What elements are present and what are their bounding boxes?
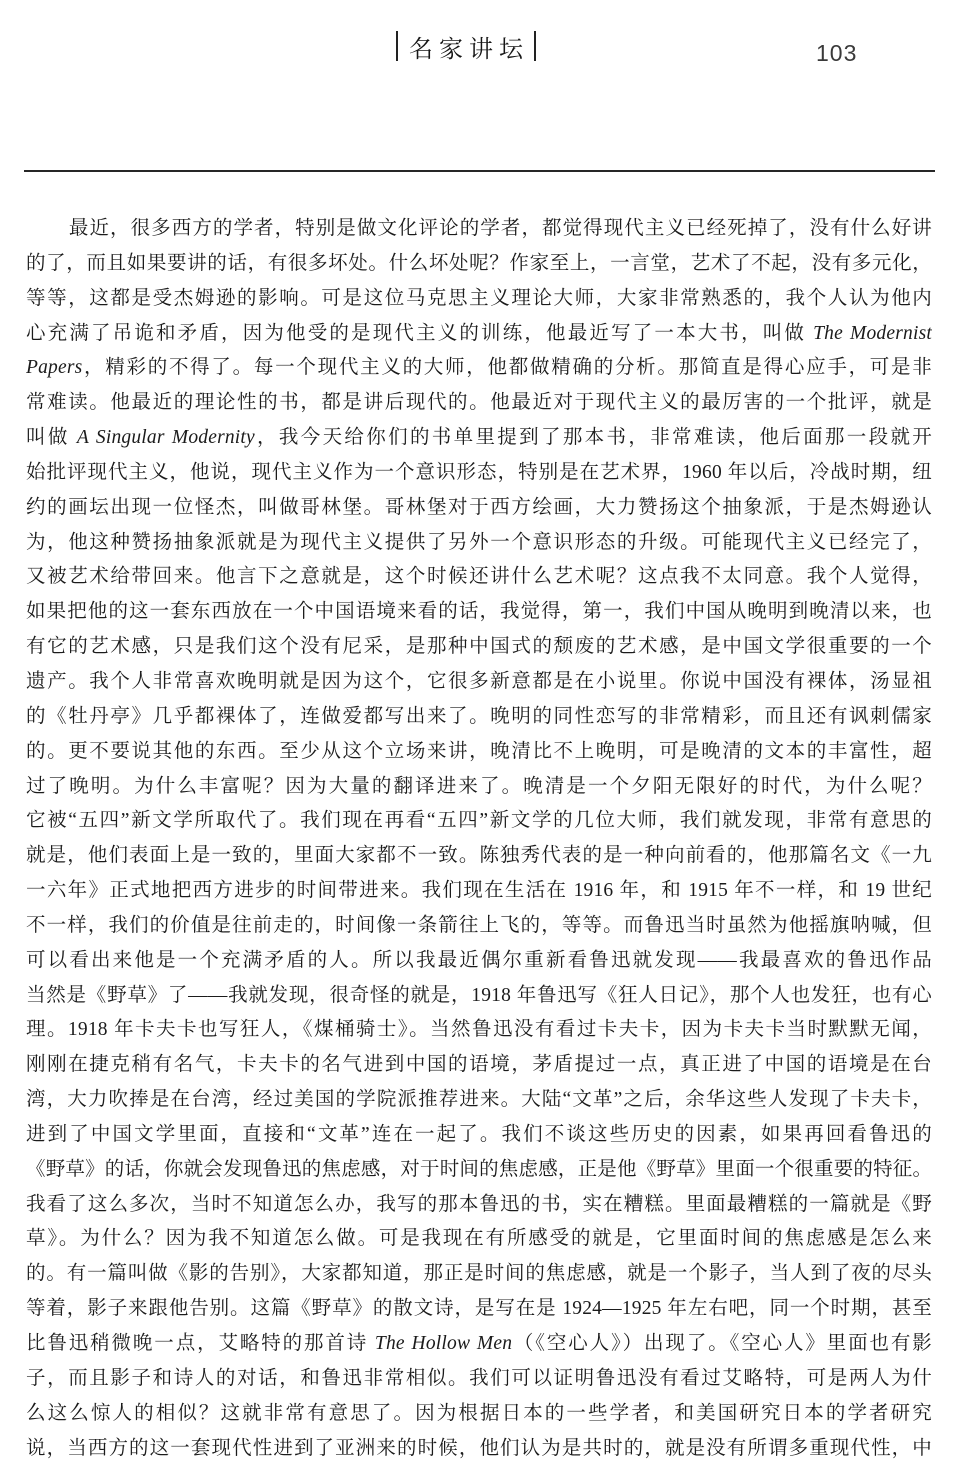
- text-line: 草》。为什么？因为我不知道怎么做。可是我现在有所感受的就是，它里面时间的焦虑感是…: [26, 1222, 932, 1257]
- text-line: 当然是《野草》了——我就发现，很奇怪的就是，1918 年鲁迅写《狂人日记》，那个…: [26, 979, 932, 1014]
- text-line: 一六年》正式地把西方进步的时间带进来。我们现在生活在 1916 年，和 1915…: [26, 874, 932, 909]
- text-line: 刚刚在捷克稍有名气，卡夫卡的名气进到中国的语境，茅盾提过一点，真正进了中国的语境…: [26, 1048, 932, 1083]
- text-line: 遗产。我个人非常喜欢晚明就是因为这个，它很多新意都是在小说里。你说中国没有裸体，…: [26, 665, 932, 700]
- text-line: 么这么惊人的相似？这就非常有意思了。因为根据日本的一些学者，和美国研究日本的学者…: [26, 1397, 932, 1432]
- latin-text: The Hollow Men: [375, 1333, 512, 1354]
- text-line: 就是，他们表面上是一致的，里面大家都不一致。陈独秀代表的是一种向前看的，他那篇名…: [26, 839, 932, 874]
- text-line: 进到了中国文学里面，直接和“文革”连在一起了。我们不谈这些历史的因素，如果再回看…: [26, 1118, 932, 1153]
- text-line: 子，而且影子和诗人的对话，和鲁迅非常相似。我们可以证明鲁迅没有看过艾略特，可是两…: [26, 1362, 932, 1397]
- text-line: 的。更不要说其他的东西。至少从这个立场来讲，晚清比不上晚明，可是晚清的文本的丰富…: [26, 735, 932, 770]
- article-body: 最近，很多西方的学者，特别是做文化评论的学者，都觉得现代主义已经死掉了，没有什么…: [26, 212, 932, 1466]
- latin-text: Papers: [26, 357, 82, 378]
- text-line: 说，当西方的这一套现代性进到了亚洲来的时候，他们认为是共时的，就是没有所谓多重现…: [26, 1432, 932, 1467]
- scanned-page: 名家讲坛 103 最近，很多西方的学者，特别是做文化评论的学者，都觉得现代主义已…: [0, 0, 958, 1476]
- text-line: 我看了这么多次，当时不知道怎么办，我写的那本鲁迅的书，实在糟糕。里面最糟糕的一篇…: [26, 1188, 932, 1223]
- text-line: 《野草》的话，你就会发现鲁迅的焦虑感，对于时间的焦虑感，正是他《野草》里面一个很…: [26, 1153, 932, 1188]
- header-divider: [24, 170, 935, 172]
- section-title-group: 名家讲坛: [396, 30, 536, 62]
- text-line: 的了，而且如果要讲的话，有很多坏处。什么坏处呢？作家至上，一言堂，艺术了不起，没…: [26, 247, 932, 282]
- text-line: 不一样，我们的价值是往前走的，时间像一条箭往上飞的，等等。而鲁迅当时虽然为他摇旗…: [26, 909, 932, 944]
- text-line: 叫做 A Singular Modernity，我今天给你们的书单里提到了那本书…: [26, 421, 932, 456]
- text-line: 等着，影子来跟他告别。这篇《野草》的散文诗，是写在是 1924—1925 年左右…: [26, 1292, 932, 1327]
- text-line: 湾，大力吹捧是在台湾，经过美国的学院派推荐进来。大陆“文革”之后，余华这些人发现…: [26, 1083, 932, 1118]
- latin-text: A Singular Modernity: [77, 427, 255, 448]
- text-line: 的。有一篇叫做《影的告别》，大家都知道，那正是时间的焦虑感，就是一个影子，当人到…: [26, 1257, 932, 1292]
- title-bar-right: [534, 31, 536, 61]
- text-line: 过了晚明。为什么丰富呢？因为大量的翻译进来了。晚清是一个夕阳无限好的时代，为什么…: [26, 770, 932, 805]
- text-line: 它被“五四”新文学所取代了。我们现在再看“五四”新文学的几位大师，我们就发现，非…: [26, 804, 932, 839]
- text-line: 如果把他的这一套东西放在一个中国语境来看的话，我觉得，第一，我们中国从晚明到晚清…: [26, 595, 932, 630]
- latin-text: The Modernist: [813, 323, 932, 344]
- text-line: 约的画坛出现一位怪杰，叫做哥林堡。哥林堡对于西方绘画，大力赞扬这个抽象派，于是杰…: [26, 491, 932, 526]
- text-line: Papers，精彩的不得了。每一个现代主义的大师，他都做精确的分析。那简直是得心…: [26, 351, 932, 386]
- text-line: 有它的艺术感，只是我们这个没有尼采，是那种中国式的颓废的艺术感，是中国文学很重要…: [26, 630, 932, 665]
- running-head: 名家讲坛 103: [0, 28, 958, 68]
- text-line: 等等，这都是受杰姆逊的影响。可是这位马克思主义理论大师，大家非常熟悉的，我个人认…: [26, 282, 932, 317]
- text-line: 的《牡丹亭》几乎都裸体了，连做爱都写出来了。晚明的同性恋写的非常精彩，而且还有讽…: [26, 700, 932, 735]
- text-line: 为，他这种赞扬抽象派就是为现代主义提供了另外一个意识形态的升级。可能现代主义已经…: [26, 526, 932, 561]
- text-line: 常难读。他最近的理论性的书，都是讲后现代的。他最近对于现代主义的最厉害的一个批评…: [26, 386, 932, 421]
- page-number: 103: [816, 40, 857, 67]
- text-line: 心充满了吊诡和矛盾，因为他受的是现代主义的训练，他最近写了一本大书，叫做 The…: [26, 317, 932, 352]
- text-line: 比鲁迅稍微晚一点，艾略特的那首诗 The Hollow Men（《空心人》）出现…: [26, 1327, 932, 1362]
- text-line: 理。1918 年卡夫卡也写狂人，《煤桶骑士》。当然鲁迅没有看过卡夫卡，因为卡夫卡…: [26, 1013, 932, 1048]
- section-title: 名家讲坛: [398, 29, 534, 64]
- text-line: 可以看出来他是一个充满矛盾的人。所以我最近偶尔重新看鲁迅就发现——我最喜欢的鲁迅…: [26, 944, 932, 979]
- text-line: 始批评现代主义，他说，现代主义作为一个意识形态，特别是在艺术界，1960 年以后…: [26, 456, 932, 491]
- text-line: 又被艺术给带回来。他言下之意就是，这个时候还讲什么艺术呢？这点我不太同意。我个人…: [26, 560, 932, 595]
- text-line: 最近，很多西方的学者，特别是做文化评论的学者，都觉得现代主义已经死掉了，没有什么…: [26, 212, 932, 247]
